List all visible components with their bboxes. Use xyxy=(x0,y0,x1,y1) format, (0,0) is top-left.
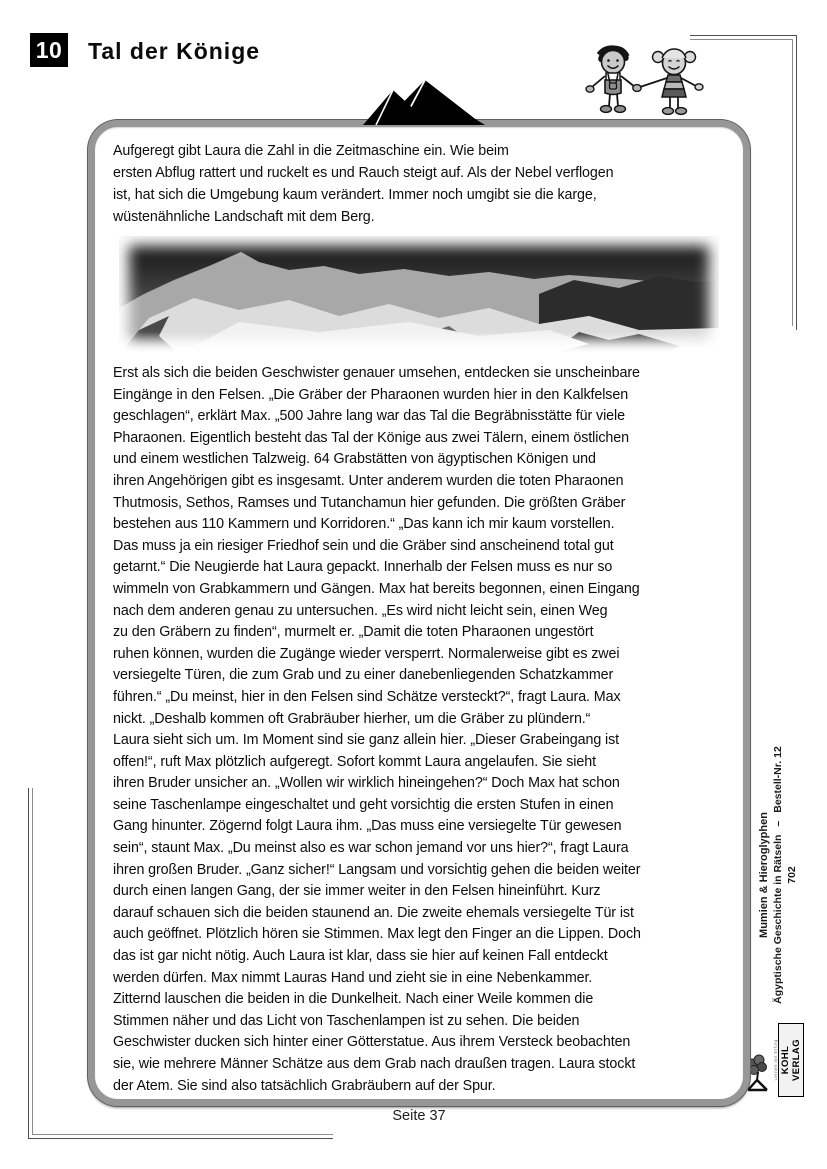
publisher-logo: Lernen mit Erfolg KOHL VERLAG xyxy=(773,1023,799,1097)
pyramids-icon xyxy=(363,78,485,130)
story-intro-paragraph: Aufgeregt gibt Laura die Zahl in die Zei… xyxy=(113,133,725,228)
worksheet-page: { "header": { "lesson_number": "10", "ti… xyxy=(0,0,827,1169)
series-subtitle: Ägyptische Geschichte in Rätseln xyxy=(772,835,784,1004)
valley-of-the-kings-photo xyxy=(119,236,719,354)
story-main-paragraph: Erst als sich die beiden Geschwister gen… xyxy=(113,363,725,1097)
page-number: Seite 37 xyxy=(88,1108,750,1124)
sidebar-series-info: Mumien & Hieroglyphen Ägyptische Geschic… xyxy=(757,738,791,1012)
publisher-name: KOHL VERLAG xyxy=(778,1023,804,1097)
story-box: Aufgeregt gibt Laura die Zahl in die Zei… xyxy=(88,120,750,1106)
page-title: Tal der Könige xyxy=(88,38,260,65)
lesson-number-badge: 10 xyxy=(30,33,68,67)
series-separator: – xyxy=(772,813,784,835)
children-holding-hands-illustration xyxy=(572,40,724,129)
series-subtitle-line: Ägyptische Geschichte in Rätseln–Bestell… xyxy=(771,738,799,1012)
series-title: Mumien & Hieroglyphen xyxy=(757,738,771,1012)
